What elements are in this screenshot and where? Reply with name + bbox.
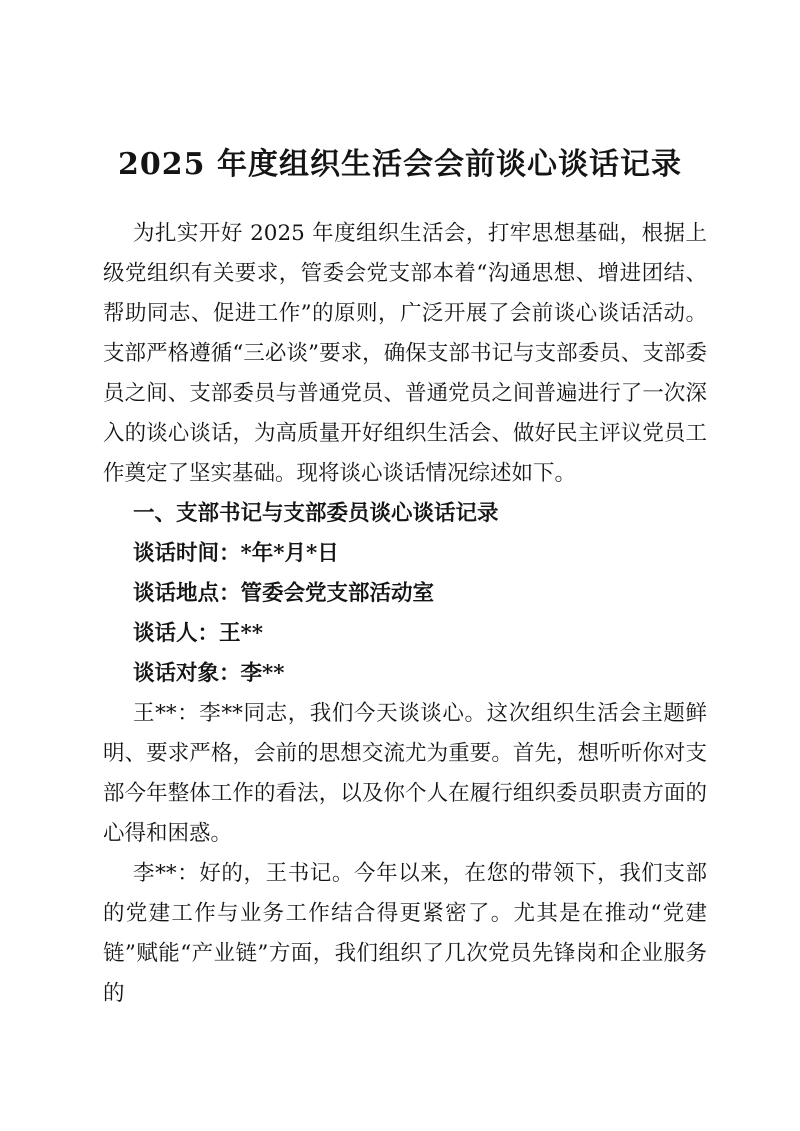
intro-paragraph: 为扎实开好 2025 年度组织生活会，打牢思想基础，根据上级党组织有关要求，管委… <box>103 214 707 494</box>
meta-line-talk-time: 谈话时间：*年*月*日 <box>103 534 707 574</box>
meta-line-interviewee: 谈话对象：李** <box>103 654 707 694</box>
document-title: 2025 年度组织生活会会前谈心谈话记录 <box>0 143 800 187</box>
meta-line-talk-location: 谈话地点：管委会党支部活动室 <box>103 574 707 614</box>
document-page: 2025 年度组织生活会会前谈心谈话记录 为扎实开好 2025 年度组织生活会，… <box>0 0 800 1131</box>
dialogue-paragraph-1: 王**：李**同志，我们今天谈谈心。这次组织生活会主题鲜明、要求严格，会前的思想… <box>103 694 707 854</box>
dialogue-paragraph-2: 李**：好的，王书记。今年以来，在您的带领下，我们支部的党建工作与业务工作结合得… <box>103 854 707 1014</box>
section-heading: 一、支部书记与支部委员谈心谈话记录 <box>103 494 707 534</box>
document-body: 为扎实开好 2025 年度组织生活会，打牢思想基础，根据上级党组织有关要求，管委… <box>103 214 707 1014</box>
meta-line-interviewer: 谈话人：王** <box>103 614 707 654</box>
